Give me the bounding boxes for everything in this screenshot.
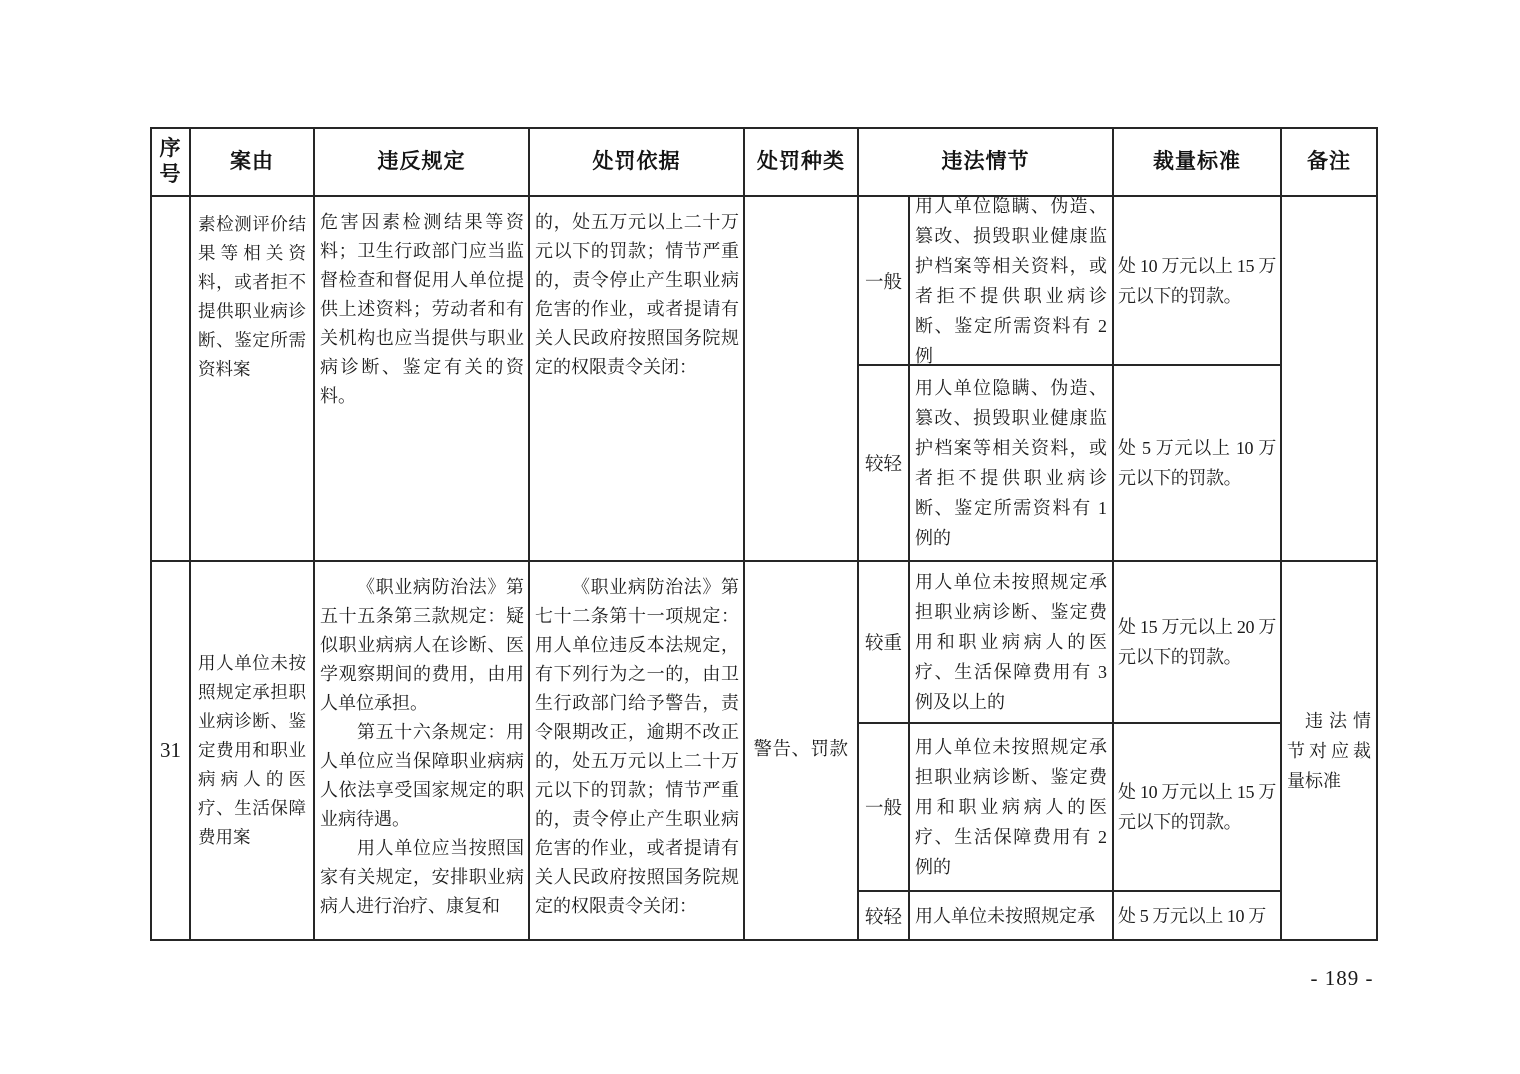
row-seq-cell xyxy=(152,197,191,562)
header-remark: 备注 xyxy=(1282,129,1378,197)
circumstance-severity-cell: 较轻 xyxy=(859,366,910,562)
circumstance-description-cell: 用人单位未按照规定承 xyxy=(910,892,1114,941)
circumstance-description-cell: 用人单位隐瞒、伪造、篡改、损毁职业健康监护档案等相关资料，或者拒不提供职业病诊断… xyxy=(910,197,1114,366)
row-remark-cell xyxy=(1282,197,1378,562)
row-case-cell: 用人单位未按照规定承担职业病诊断、鉴定费用和职业病病人的医疗、生活保障费用案 xyxy=(191,562,315,941)
standard-cell: 处 10 万元以上 15 万元以下的罚款。 xyxy=(1114,197,1282,366)
row-violated-provision-cell: 危害因素检测结果等资料；卫生行政部门应当监督检查和督促用人单位提供上述资料；劳动… xyxy=(315,197,530,562)
header-penalty-type: 处罚种类 xyxy=(745,129,859,197)
row-remark-cell: 违法情节对应裁量标准 xyxy=(1282,562,1378,941)
provision-paragraph: 危害因素检测结果等资料；卫生行政部门应当监督检查和督促用人单位提供上述资料；劳动… xyxy=(320,208,524,411)
provision-paragraph: 用人单位应当按照国家有关规定，安排职业病病人进行治疗、康复和 xyxy=(320,834,524,921)
provision-paragraph: 《职业病防治法》第五十五条第三款规定：疑似职业病病人在诊断、医学观察期间的费用，… xyxy=(320,573,524,718)
row-seq-cell: 31 xyxy=(152,562,191,941)
header-violated-provision: 违反规定 xyxy=(315,129,530,197)
header-standard: 裁量标准 xyxy=(1114,129,1282,197)
header-penalty-basis: 处罚依据 xyxy=(530,129,745,197)
row-penalty-type-cell xyxy=(745,197,859,562)
standard-cell: 处 10 万元以上 15 万元以下的罚款。 xyxy=(1114,724,1282,892)
circumstance-severity-cell: 较轻 xyxy=(859,892,910,941)
circumstance-description-cell: 用人单位未按照规定承担职业病诊断、鉴定费用和职业病病人的医疗、生活保障费用有 2… xyxy=(910,724,1114,892)
remark-paragraph: 违法情节对应裁量标准 xyxy=(1287,706,1371,796)
circumstance-severity-cell: 一般 xyxy=(859,724,910,892)
basis-paragraph: 的，处五万元以上二十万元以下的罚款；情节严重的，责令停止产生职业病危害的作业，或… xyxy=(535,208,739,382)
standard-cell: 处 15 万元以上 20 万元以下的罚款。 xyxy=(1114,562,1282,724)
row-penalty-type-cell: 警告、罚款 xyxy=(745,562,859,941)
standard-cell: 处 5 万元以上 10 万 xyxy=(1114,892,1282,941)
basis-paragraph: 《职业病防治法》第七十二条第十一项规定：用人单位违反本法规定，有下列行为之一的，… xyxy=(535,573,739,921)
header-circumstance: 违法情节 xyxy=(859,129,1114,197)
circumstance-severity-cell: 较重 xyxy=(859,562,910,724)
scanned-document-page: { "page": { "page_number": "- 189 -" }, … xyxy=(0,0,1520,1074)
circumstance-description-cell: 用人单位未按照规定承担职业病诊断、鉴定费用和职业病病人的医疗、生活保障费用有 3… xyxy=(910,562,1114,724)
header-case: 案由 xyxy=(191,129,315,197)
circumstance-severity-cell: 一般 xyxy=(859,197,910,366)
row-violated-provision-cell: 《职业病防治法》第五十五条第三款规定：疑似职业病病人在诊断、医学观察期间的费用，… xyxy=(315,562,530,941)
row-penalty-basis-cell: 《职业病防治法》第七十二条第十一项规定：用人单位违反本法规定，有下列行为之一的，… xyxy=(530,562,745,941)
penalty-table: 序号 案由 违反规定 处罚依据 处罚种类 违法情节 裁量标准 备注 素检测评价结… xyxy=(150,127,1378,941)
circumstance-description-cell: 用人单位隐瞒、伪造、篡改、损毁职业健康监护档案等相关资料，或者拒不提供职业病诊断… xyxy=(910,366,1114,562)
standard-cell: 处 5 万元以上 10 万元以下的罚款。 xyxy=(1114,366,1282,562)
header-seq: 序号 xyxy=(152,129,191,197)
provision-paragraph: 第五十六条规定：用人单位应当保障职业病病人依法享受国家规定的职业病待遇。 xyxy=(320,718,524,834)
row-penalty-basis-cell: 的，处五万元以上二十万元以下的罚款；情节严重的，责令停止产生职业病危害的作业，或… xyxy=(530,197,745,562)
page-number: - 189 - xyxy=(1292,966,1392,991)
row-case-cell: 素检测评价结果等相关资料，或者拒不提供职业病诊断、鉴定所需资料案 xyxy=(191,197,315,562)
